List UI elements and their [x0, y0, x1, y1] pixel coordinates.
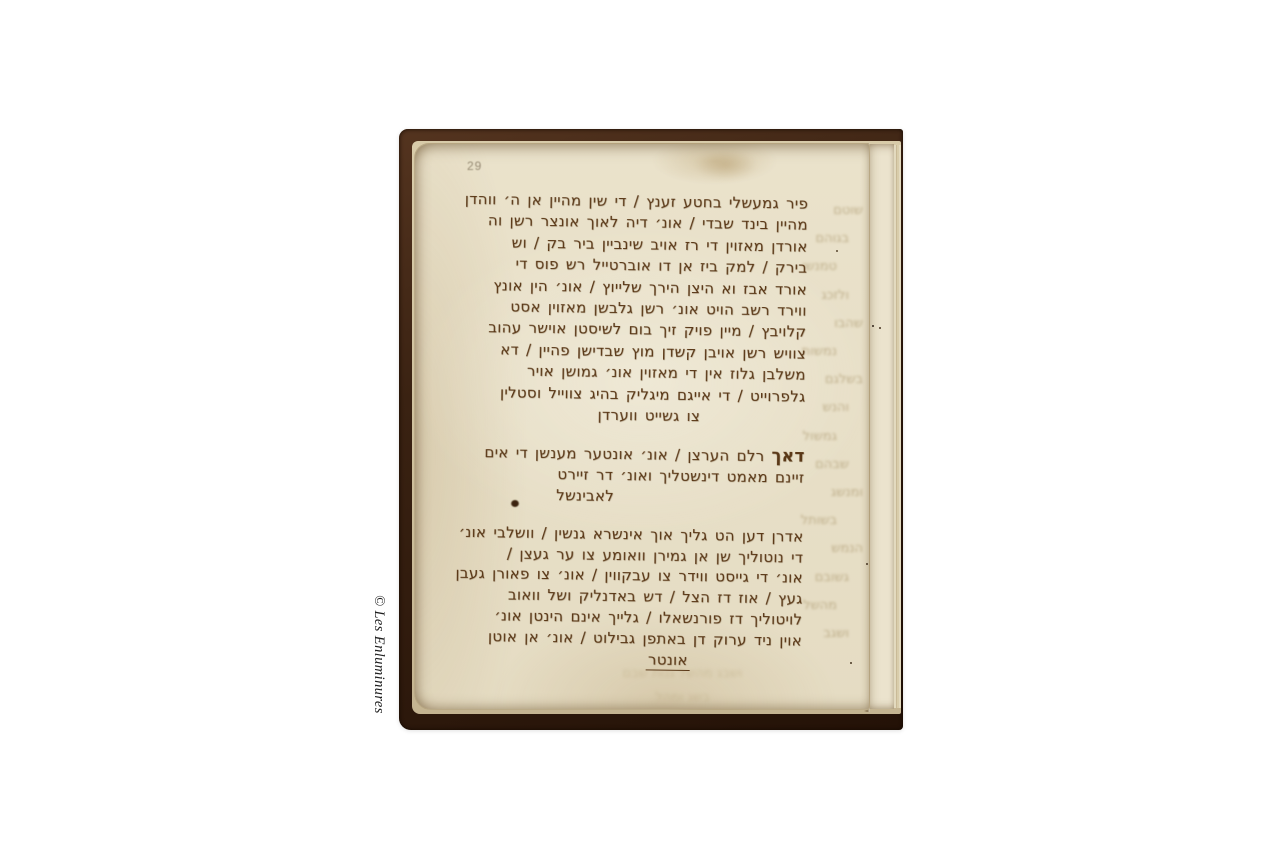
copyright-credit: © Les Enluminures: [370, 595, 387, 714]
fore-edge-pages: [894, 145, 901, 708]
paper-speck: [879, 327, 881, 329]
folio-number: 29: [467, 159, 482, 173]
manuscript-single-word: לאבינשל: [432, 483, 804, 509]
next-page-edge: [868, 144, 894, 709]
handwritten-text-block: פיר גמעשלי בחטע זענץ / די שין מהיין אן ה…: [430, 188, 809, 672]
manuscript-line-short: צו גשייט ווערדן: [433, 402, 805, 429]
page-stain: [695, 150, 757, 180]
paragraph-2: דאך רלם הערצן / אונ׳ אונטער מענשן די אים…: [432, 442, 805, 510]
paper-speck: [872, 325, 874, 327]
manuscript-line-rest: רלם הערצן / אונ׳ אונטער מענשן די אים: [484, 444, 764, 466]
ink-blot: [511, 500, 519, 507]
page-stack: 29 שוטם בגוהם טמנשי ולזכג שהבו נמשות בשל…: [412, 141, 901, 714]
bold-lead-word: דאך: [771, 447, 804, 467]
paper-speck: [850, 662, 852, 664]
catchword-row: אונטר: [430, 646, 802, 672]
photo-canvas: © Les Enluminures 29 שוטם בגוהם טמנשי ול…: [0, 0, 1280, 860]
paper-speck: [836, 250, 838, 252]
manuscript-book: 29 שוטם בגוהם טמנשי ולזכג שהבו נמשות בשל…: [399, 129, 903, 730]
paragraph-3: אדרן דען הט גליך אוך אינשרא גנשין / וושל…: [430, 521, 804, 672]
bleedthrough-line: בשג ומהל: [565, 686, 800, 710]
paragraph-1: פיר גמעשלי בחטע זענץ / די שין מהיין אן ה…: [433, 188, 808, 429]
paper-speck: [866, 563, 868, 565]
manuscript-page: 29 שוטם בגוהם טמנשי ולזכג שהבו נמשות בשל…: [414, 143, 870, 710]
catchword: אונטר: [646, 650, 690, 671]
